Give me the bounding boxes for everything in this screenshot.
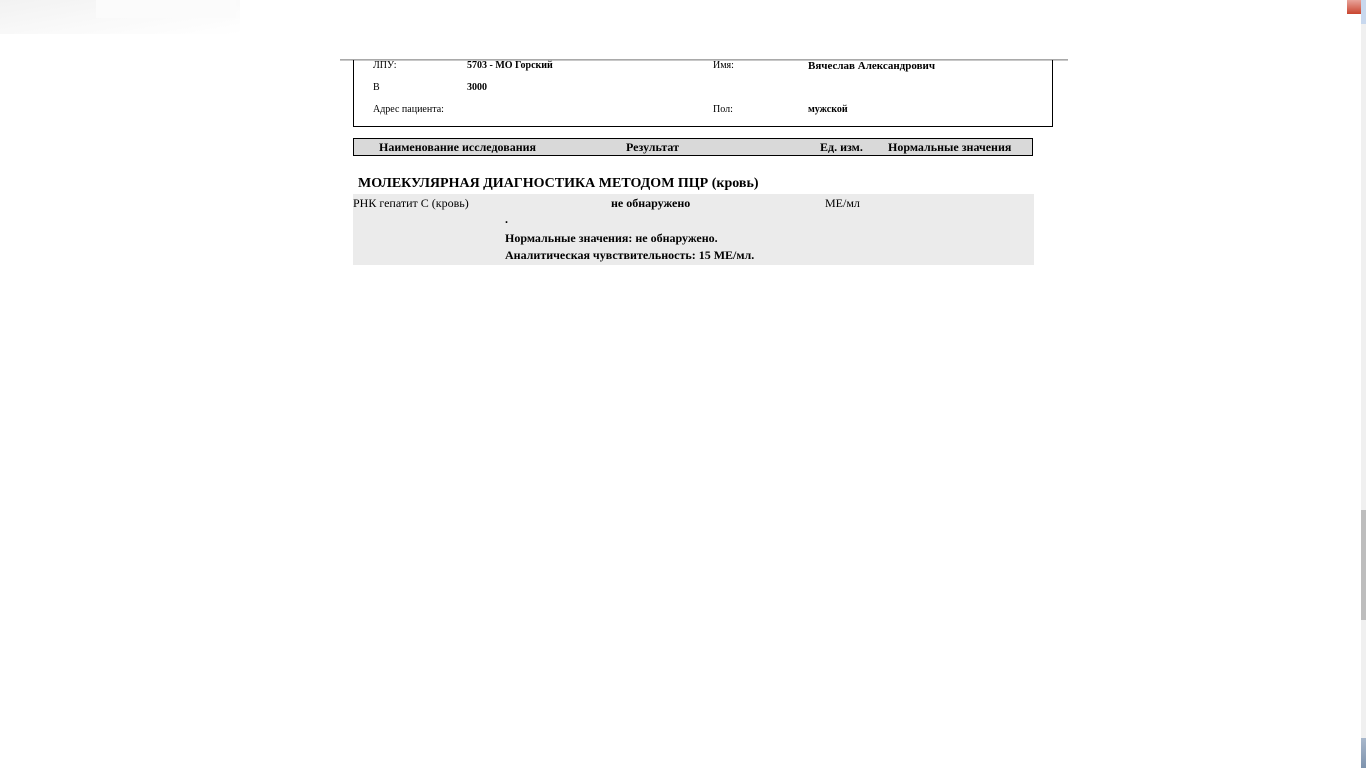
test-unit: МЕ/мл [825, 196, 860, 211]
name-value: Вячеслав Александрович [808, 60, 935, 72]
header-normal-values: Нормальные значения [888, 140, 1011, 155]
lpu-label: ЛПУ: [373, 60, 396, 71]
sex-label: Пол: [713, 104, 733, 115]
lpu-value: 5703 - МО Горский [467, 60, 553, 71]
note-normal-values: Нормальные значения: не обнаружено. [505, 231, 718, 246]
address-label: Адрес пациента: [373, 104, 444, 115]
header-result: Результат [626, 140, 679, 155]
header-test-name: Наименование исследования [379, 140, 536, 155]
note-dot: . [505, 212, 508, 227]
note-sensitivity: Аналитическая чувствительность: 15 МЕ/мл… [505, 248, 754, 263]
b-label: В [373, 82, 380, 93]
scrollbar-bottom-arrow[interactable] [1361, 738, 1366, 768]
sex-value: мужской [808, 104, 848, 115]
result-row: РНК гепатит С (кровь) не обнаружено МЕ/м… [353, 194, 1034, 265]
name-label: Имя: [713, 60, 734, 71]
results-table-header: Наименование исследования Результат Ед. … [353, 138, 1033, 156]
b-value: 3000 [467, 82, 487, 93]
scrollbar-top-arrow[interactable] [1361, 0, 1366, 24]
test-result: не обнаружено [611, 196, 690, 211]
window-titlebar-fade-secondary [96, 0, 236, 18]
header-unit: Ед. изм. [820, 140, 863, 155]
scrollbar-thumb[interactable] [1361, 510, 1366, 620]
section-title: МОЛЕКУЛЯРНАЯ ДИАГНОСТИКА МЕТОДОМ ПЦР (кр… [358, 176, 759, 192]
test-name: РНК гепатит С (кровь) [353, 196, 469, 211]
patient-info-box: ЛПУ: 5703 - МО Горский В 3000 Адрес паци… [353, 60, 1053, 127]
vertical-scrollbar[interactable] [1361, 0, 1366, 768]
